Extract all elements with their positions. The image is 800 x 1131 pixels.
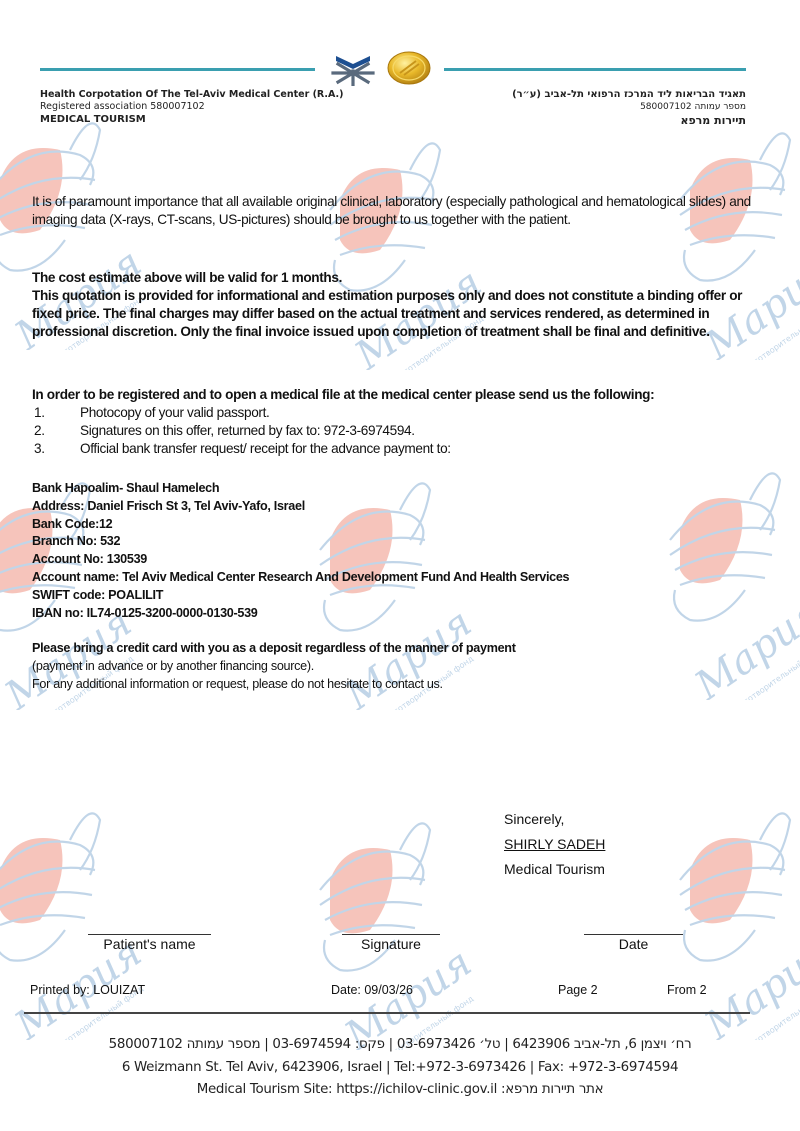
date-label: Date: [584, 936, 683, 952]
footer-english-address: 6 Weizmann St. Tel Aviv, 6423906, Israel…: [0, 1060, 800, 1075]
footer-rule: [24, 1012, 750, 1014]
department-he: תיירות מרפא: [512, 113, 746, 128]
registration-he: מספר עמותה 580007102: [512, 101, 746, 113]
contact-note: For any additional information or reques…: [32, 676, 732, 694]
patient-name-line[interactable]: [88, 934, 211, 935]
printed-by: Printed by: LOUIZAT: [30, 983, 145, 997]
registration-section: In order to be registered and to open a …: [32, 386, 772, 458]
validity-section: The cost estimate above will be valid fo…: [32, 269, 762, 341]
registration-en: Registered association 580007102: [40, 101, 344, 113]
financing-note: (payment in advance or by another financ…: [32, 658, 732, 676]
gold-seal-icon: [386, 51, 432, 85]
print-date: Date: 09/03/26: [331, 983, 413, 997]
bank-address: Address: Daniel Frisch St 3, Tel Aviv-Ya…: [32, 498, 732, 516]
signer-name: SHIRLY SADEH: [504, 833, 605, 858]
document-page: Health Corpotation Of The Tel-Aviv Medic…: [0, 0, 800, 1131]
bank-name: Bank Hapoalim- Shaul Hamelech: [32, 480, 732, 498]
header-rule-right: [444, 68, 746, 71]
list-item: 2.Signatures on this offer, returned by …: [32, 422, 772, 440]
signature-block: Sincerely, SHIRLY SADEH Medical Tourism: [504, 808, 605, 883]
account-name: Account name: Tel Aviv Medical Center Re…: [32, 569, 732, 587]
header-english: Health Corpotation Of The Tel-Aviv Medic…: [40, 88, 344, 126]
page-total: From 2: [667, 983, 707, 997]
org-name-he: תאגיד הבריאות ליד המרכז הרפואי תל-אביב (…: [512, 88, 746, 101]
payment-notes: Please bring a credit card with you as a…: [32, 640, 732, 693]
closing: Sincerely,: [504, 808, 605, 833]
ichilov-logo-icon: [330, 52, 376, 86]
registration-heading: In order to be registered and to open a …: [32, 386, 772, 404]
header-rule-left: [40, 68, 315, 71]
credit-card-note: Please bring a credit card with you as a…: [32, 640, 732, 658]
footer-site-link[interactable]: Medical Tourism Site: https://ichilov-cl…: [0, 1082, 800, 1097]
footer-hebrew-address: רח׳ ויצמן 6, תל-אביב 6423906 | טל׳ 03-69…: [0, 1037, 800, 1052]
header-hebrew: תאגיד הבריאות ליד המרכז הרפואי תל-אביב (…: [512, 88, 746, 128]
department-en: MEDICAL TOURISM: [40, 113, 344, 126]
bank-code: Bank Code:12: [32, 516, 732, 534]
patient-name-label: Patient's name: [88, 936, 211, 952]
registration-list: 1.Photocopy of your valid passport. 2.Si…: [32, 404, 772, 458]
validity-note: The cost estimate above will be valid fo…: [32, 269, 762, 287]
signature-label: Signature: [342, 936, 440, 952]
list-item: 3.Official bank transfer request/ receip…: [32, 440, 772, 458]
list-item: 1.Photocopy of your valid passport.: [32, 404, 772, 422]
account-number: Account No: 130539: [32, 551, 732, 569]
disclaimer-note: This quotation is provided for informati…: [32, 287, 762, 341]
swift-code: SWIFT code: POALILIT: [32, 587, 732, 605]
signature-line[interactable]: [342, 934, 440, 935]
iban-number: IBAN no: IL74-0125-3200-0000-0130-539: [32, 605, 732, 623]
signer-department: Medical Tourism: [504, 858, 605, 883]
branch-number: Branch No: 532: [32, 533, 732, 551]
bank-details: Bank Hapoalim- Shaul Hamelech Address: D…: [32, 480, 732, 622]
org-name-en: Health Corpotation Of The Tel-Aviv Medic…: [40, 88, 344, 101]
materials-paragraph: It is of paramount importance that all a…: [32, 193, 762, 229]
date-line[interactable]: [584, 934, 683, 935]
page-number: Page 2: [558, 983, 598, 997]
